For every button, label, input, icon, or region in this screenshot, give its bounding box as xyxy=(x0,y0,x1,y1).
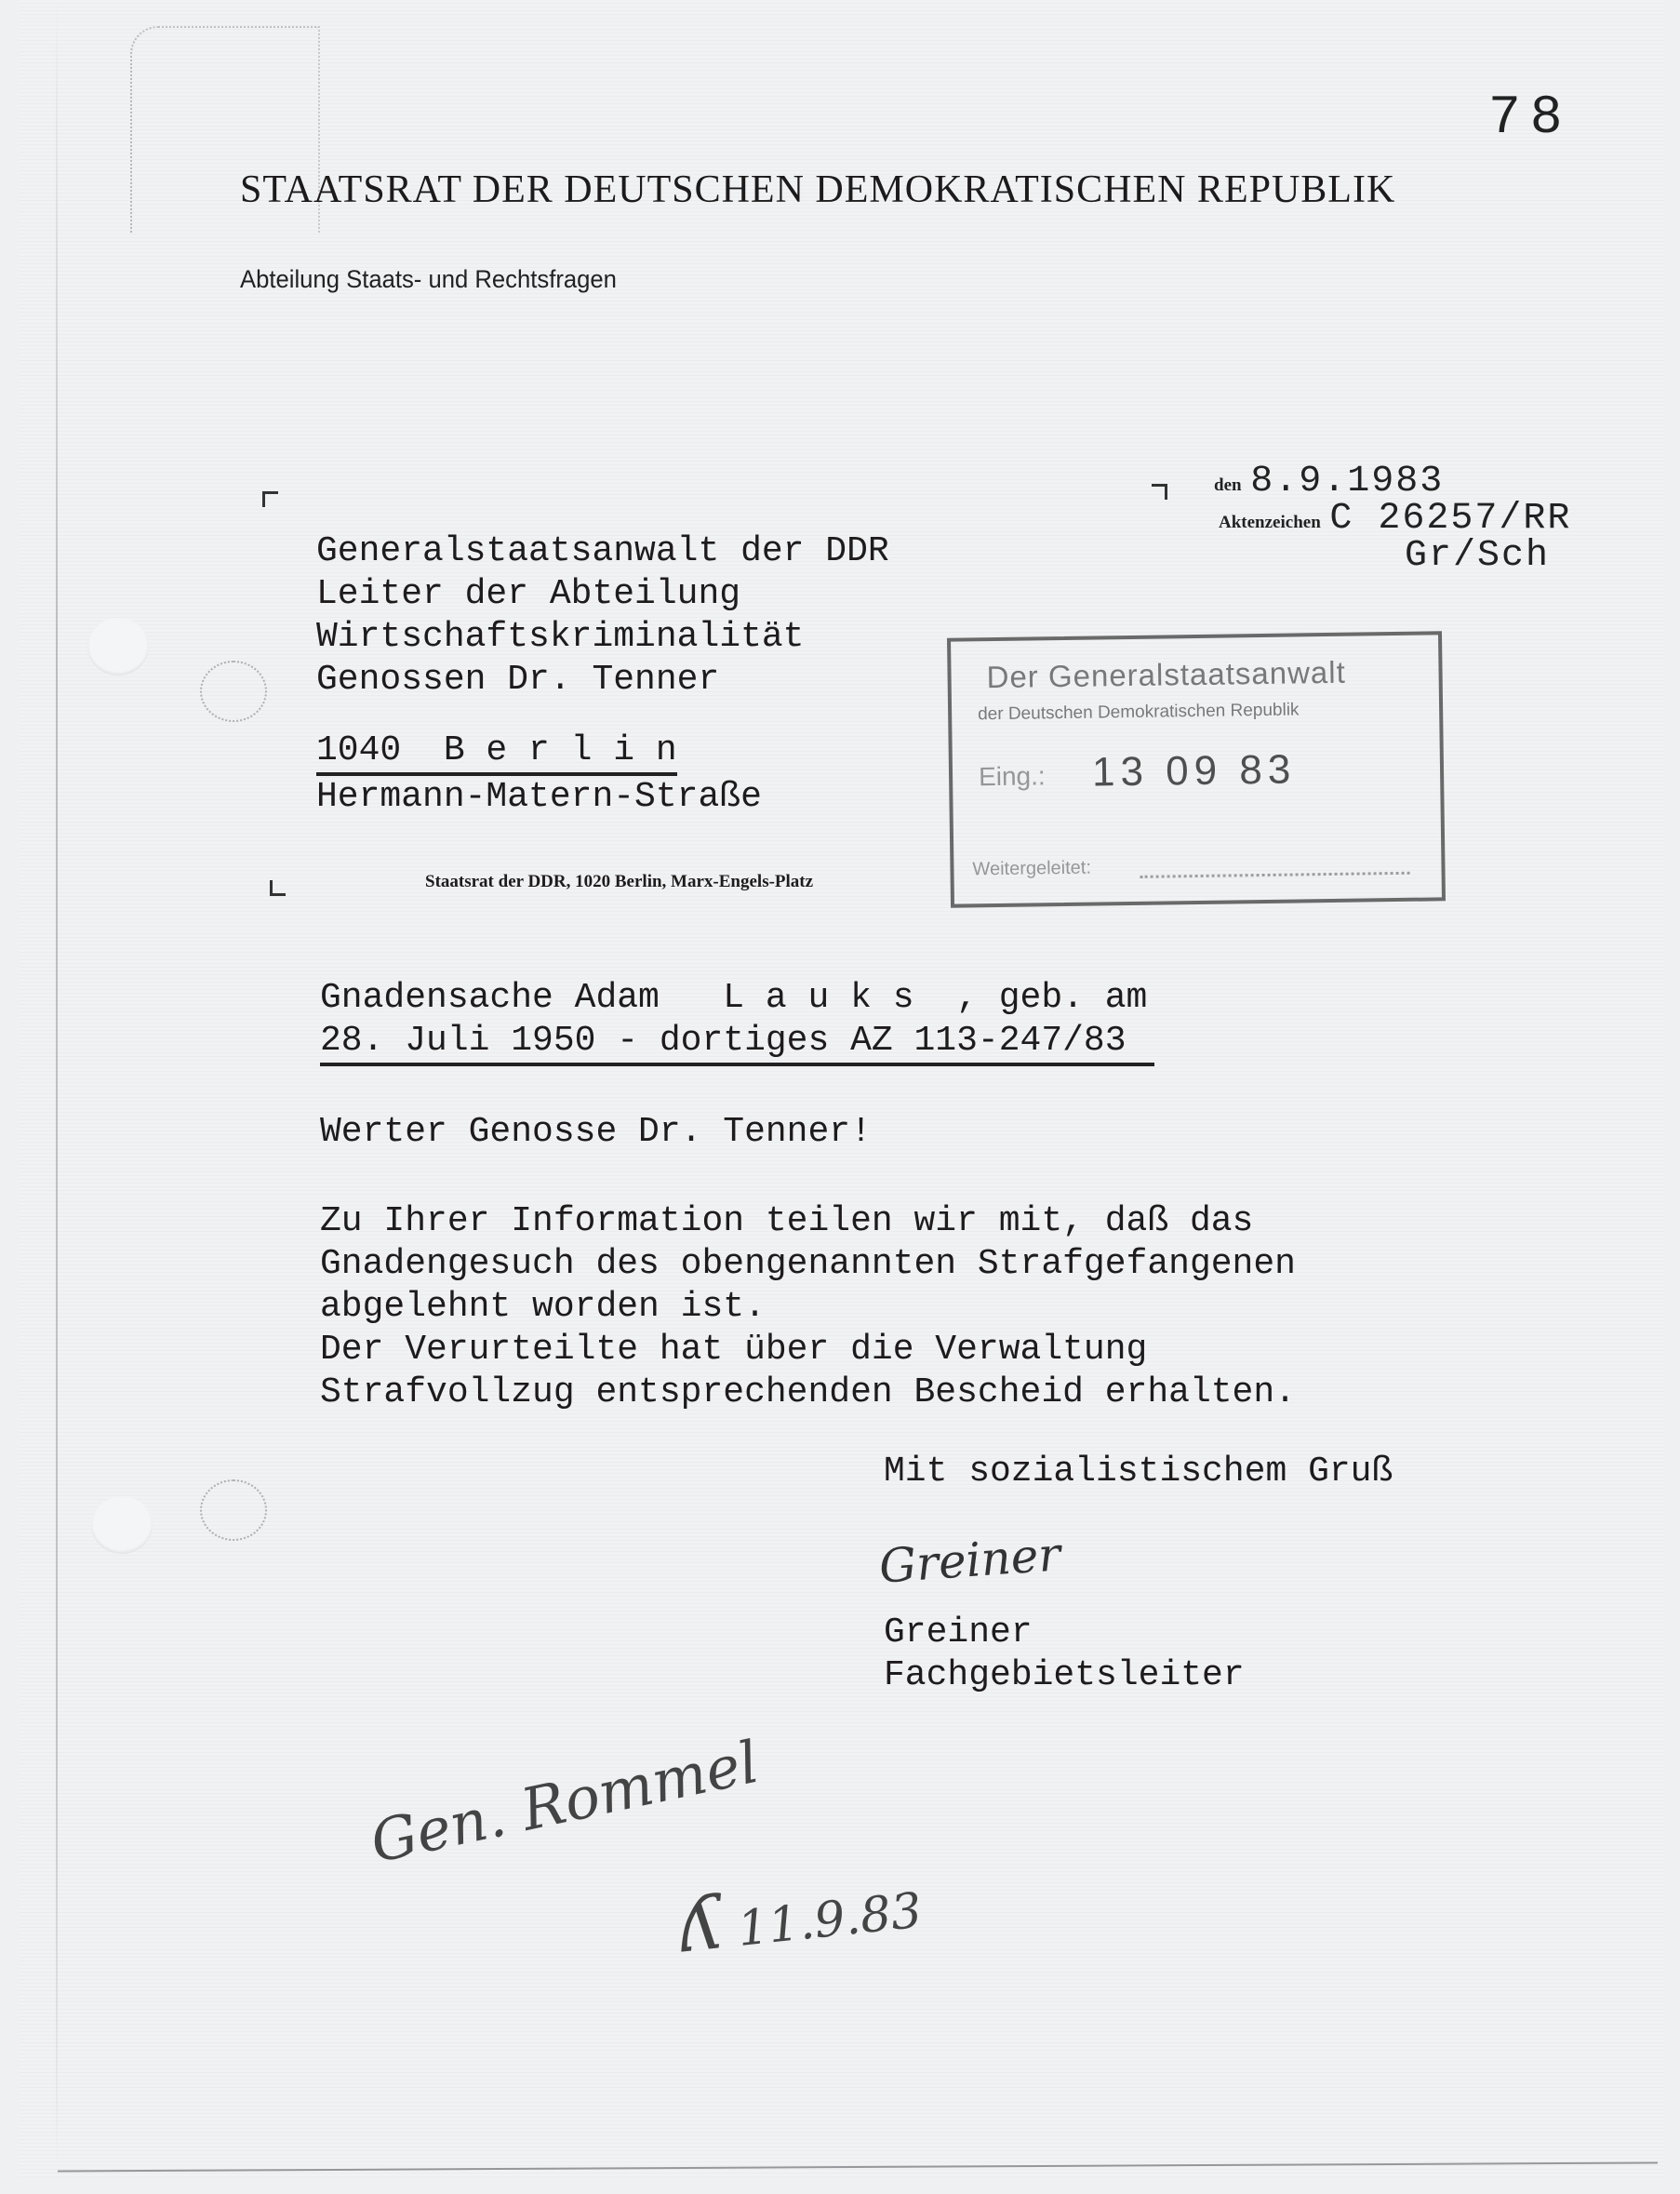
page-fold-edge xyxy=(56,0,58,2168)
recipient-street: Hermann-Matern-Straße xyxy=(316,776,889,819)
address-bracket-top-left xyxy=(262,491,278,507)
punch-hole-bottom xyxy=(91,1496,153,1554)
stamp-dotted-line xyxy=(1140,872,1410,878)
letter-meta: den 8.9.1983 Aktenzeichen C 26257/RR Gr/… xyxy=(1214,461,1571,572)
handwritten-note-date: 11.9.83 xyxy=(735,1883,925,1958)
letter-body: Zu Ihrer Information teilen wir mit, daß… xyxy=(320,1200,1296,1414)
signer-title: Fachgebietsleiter xyxy=(884,1654,1245,1697)
address-bracket-top-right xyxy=(1152,484,1167,500)
letterhead-title: STAATSRAT DER DEUTSCHEN DEMOKRATISCHEN R… xyxy=(240,167,1395,212)
punch-hole-top xyxy=(87,618,149,676)
date-row: den 8.9.1983 xyxy=(1214,461,1571,498)
body-line: abgelehnt worden ist. xyxy=(320,1286,1296,1329)
initials: Gr/Sch xyxy=(1405,535,1550,577)
subject-line-2: 28. Juli 1950 - dortiges AZ 113-247/83 xyxy=(320,1020,1154,1066)
body-line: Gnadengesuch des obengenannten Strafgefa… xyxy=(320,1243,1296,1286)
received-stamp: Der Generalstaatsanwalt der Deutschen De… xyxy=(947,631,1446,907)
stamp-received-date: 13 09 83 xyxy=(1092,747,1297,796)
recipient-city: 1040 B e r l i n xyxy=(316,729,677,776)
letter-page xyxy=(19,0,1665,2177)
date-label: den xyxy=(1214,475,1242,496)
letter-date: 8.9.1983 xyxy=(1250,461,1444,502)
recipient-line: Wirtschaftskriminalität xyxy=(316,616,889,659)
subject-line-1: Gnadensache Adam L a u k s , geb. am xyxy=(320,977,1154,1020)
page-number: 78 xyxy=(1488,88,1572,149)
signer-name: Greiner xyxy=(884,1612,1245,1654)
body-line: Strafvollzug entsprechenden Bescheid erh… xyxy=(320,1371,1296,1414)
recipient-line: Generalstaatsanwalt der DDR xyxy=(316,530,889,573)
page-bottom-edge xyxy=(58,2161,1658,2172)
reference-label: Aktenzeichen xyxy=(1219,513,1321,533)
reference-number: C 26257/RR xyxy=(1329,498,1571,540)
address-bracket-bottom-left xyxy=(270,880,286,896)
body-line: Der Verurteilte hat über die Verwaltung xyxy=(320,1329,1296,1371)
stamp-line-1: Der Generalstaatsanwalt xyxy=(986,655,1346,695)
initials-row: Gr/Sch xyxy=(1214,535,1571,572)
reference-row: Aktenzeichen C 26257/RR xyxy=(1219,498,1571,535)
punch-hole-shadow-top xyxy=(200,661,267,722)
subject-block: Gnadensache Adam L a u k s , geb. am28. … xyxy=(320,977,1154,1066)
stamp-received-label: Eing.: xyxy=(979,761,1046,792)
recipient-address: Generalstaatsanwalt der DDRLeiter der Ab… xyxy=(316,530,889,819)
recipient-line: Genossen Dr. Tenner xyxy=(316,659,889,702)
sender-return-line: Staatsrat der DDR, 1020 Berlin, Marx-Eng… xyxy=(425,872,813,892)
stamp-forwarded-label: Weitergeleitet: xyxy=(972,858,1091,881)
body-line: Zu Ihrer Information teilen wir mit, daß… xyxy=(320,1200,1296,1243)
salutation: Werter Genosse Dr. Tenner! xyxy=(320,1112,872,1152)
stamp-line-2: der Deutschen Demokratischen Republik xyxy=(978,700,1300,725)
punch-hole-shadow-bottom xyxy=(200,1479,267,1541)
department-name: Abteilung Staats- und Rechtsfragen xyxy=(240,265,617,294)
initial-mark: ʎ xyxy=(675,1879,727,1969)
closing-phrase: Mit sozialistischem Gruß xyxy=(884,1452,1393,1492)
recipient-line: Leiter der Abteilung xyxy=(316,573,889,616)
signer-block: GreinerFachgebietsleiter xyxy=(884,1612,1245,1697)
